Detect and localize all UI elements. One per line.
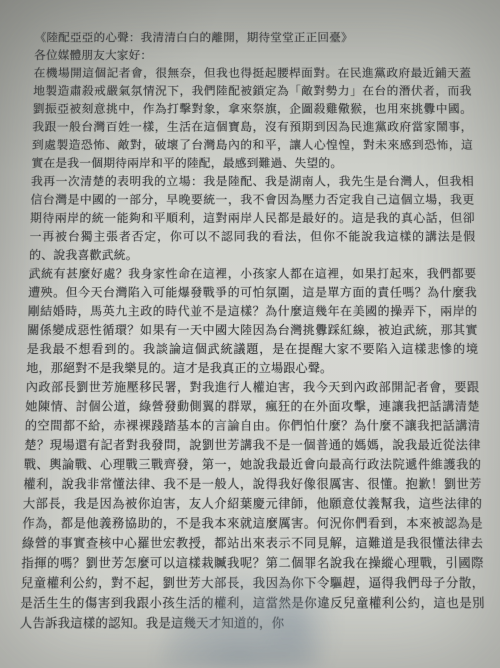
greeting-line: 各位媒體朋友大家好： [34, 47, 471, 65]
paragraph-airport-press-conference: 在機場開這個記者會，很無奈，但我也得挺起腰桿面對。在民進黨政府最近鋪天蓋地製造肅… [31, 65, 473, 173]
paragraph-interior-minister-accusations: 內政部長劉世芳施壓移民署，對我進行人權迫害，我今天到內政部開記者會，要跟她陳情、… [20, 378, 486, 634]
document-page: 《陸配亞亞的心聲：我清清白白的離開，期待堂堂正正回臺》 各位媒體朋友大家好： 在… [0, 13, 500, 633]
paragraph-unification-topic: 武統有甚麼好處？我身家性命在這裡，小孩家人都在這裡，如果打起來，我們都要遭殃。但… [26, 265, 479, 378]
photo-background: 《陸配亞亞的心聲：我清清白白的離開，期待堂堂正正回臺》 各位媒體朋友大家好： 在… [0, 0, 500, 668]
document-title: 《陸配亞亞的心聲：我清清白白的離開，期待堂堂正正回臺》 [34, 29, 470, 47]
paragraph-stance-statement: 我再一次清楚的表明我的立場：我是陸配、我是湖南人，我先生是台灣人，但我相信台灣是… [29, 173, 476, 265]
